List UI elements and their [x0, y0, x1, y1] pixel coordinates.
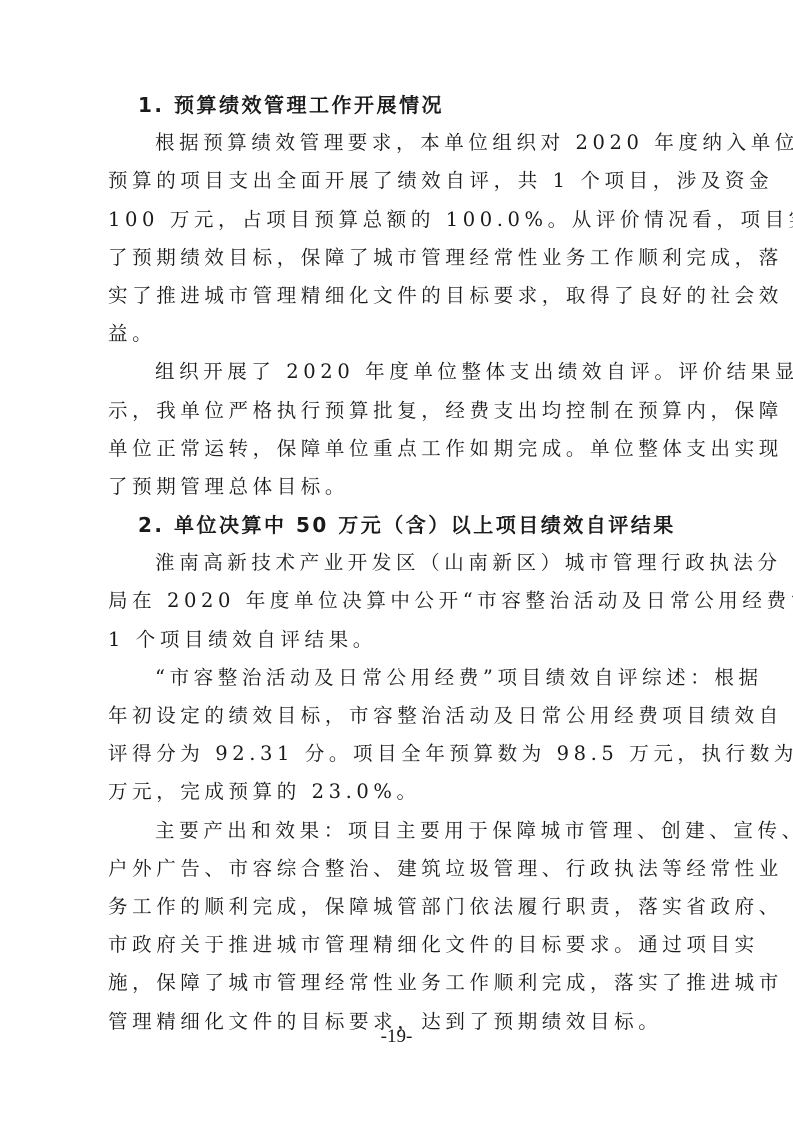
- paragraph-project-self-evaluation: 根据预算绩效管理要求，本单位组织对 2020 年度纳入单位 预算的项目支出全面开…: [108, 124, 708, 353]
- paragraph-line: 示，我单位严格执行预算批复，经费支出均控制在预算内，保障: [108, 392, 704, 430]
- paragraph-line: 100 万元，占项目预算总额的 100.0%。从评价情况看，项目实现: [108, 201, 704, 239]
- paragraph-line: 组织开展了 2020 年度单位整体支出绩效自评。评价结果显: [108, 353, 704, 391]
- paragraph-line: 预算的项目支出全面开展了绩效自评，共 1 个项目，涉及资金: [108, 162, 704, 200]
- paragraph-line: 务工作的顺利完成，保障城管部门依法履行职责，落实省政府、: [108, 888, 704, 926]
- paragraph-line: 万元，完成预算的 23.0%。: [108, 773, 704, 811]
- paragraph-line: 实了推进城市管理精细化文件的目标要求，取得了良好的社会效: [108, 277, 704, 315]
- paragraph-line: “市容整治活动及日常公用经费”项目绩效自评综述：根据: [108, 659, 704, 697]
- paragraph-line: 评得分为 92.31 分。项目全年预算数为 98.5 万元，执行数为 22.7: [108, 735, 704, 773]
- page-number: -19-: [0, 1026, 793, 1048]
- paragraph-line: 淮南高新技术产业开发区（山南新区）城市管理行政执法分: [108, 544, 704, 582]
- paragraph-line: 1 个项目绩效自评结果。: [108, 621, 704, 659]
- paragraph-line: 年初设定的绩效目标，市容整治活动及日常公用经费项目绩效自: [108, 697, 704, 735]
- paragraph-line: 局在 2020 年度单位决算中公开“市容整治活动及日常公用经费”: [108, 582, 704, 620]
- paragraph-line: 了预期绩效目标，保障了城市管理经常性业务工作顺利完成，落: [108, 239, 704, 277]
- paragraph-disclosure-statement: 淮南高新技术产业开发区（山南新区）城市管理行政执法分 局在 2020 年度单位决…: [108, 544, 708, 659]
- paragraph-evaluation-summary: “市容整治活动及日常公用经费”项目绩效自评综述：根据 年初设定的绩效目标，市容整…: [108, 659, 708, 812]
- paragraph-line: 益。: [108, 315, 704, 353]
- paragraph-overall-expenditure-evaluation: 组织开展了 2020 年度单位整体支出绩效自评。评价结果显 示，我单位严格执行预…: [108, 353, 708, 506]
- paragraph-line: 主要产出和效果：项目主要用于保障城市管理、创建、宣传、: [108, 812, 704, 850]
- paragraph-line: 单位正常运转，保障单位重点工作如期完成。单位整体支出实现: [108, 430, 704, 468]
- section-heading-budget-performance: 1. 预算绩效管理工作开展情况: [108, 86, 704, 124]
- paragraph-line: 了预期管理总体目标。: [108, 468, 704, 506]
- document-page: 1. 预算绩效管理工作开展情况 根据预算绩效管理要求，本单位组织对 2020 年…: [0, 0, 793, 1122]
- section-heading-project-results: 2. 单位决算中 50 万元（含）以上项目绩效自评结果: [108, 506, 704, 544]
- paragraph-line: 市政府关于推进城市管理精细化文件的目标要求。通过项目实: [108, 926, 704, 964]
- paragraph-line: 施，保障了城市管理经常性业务工作顺利完成，落实了推进城市: [108, 964, 704, 1002]
- page-body: 1. 预算绩效管理工作开展情况 根据预算绩效管理要求，本单位组织对 2020 年…: [108, 86, 708, 1041]
- paragraph-line: 根据预算绩效管理要求，本单位组织对 2020 年度纳入单位: [108, 124, 704, 162]
- paragraph-outputs-and-effects: 主要产出和效果：项目主要用于保障城市管理、创建、宣传、 户外广告、市容综合整治、…: [108, 812, 708, 1041]
- paragraph-line: 户外广告、市容综合整治、建筑垃圾管理、行政执法等经常性业: [108, 850, 704, 888]
